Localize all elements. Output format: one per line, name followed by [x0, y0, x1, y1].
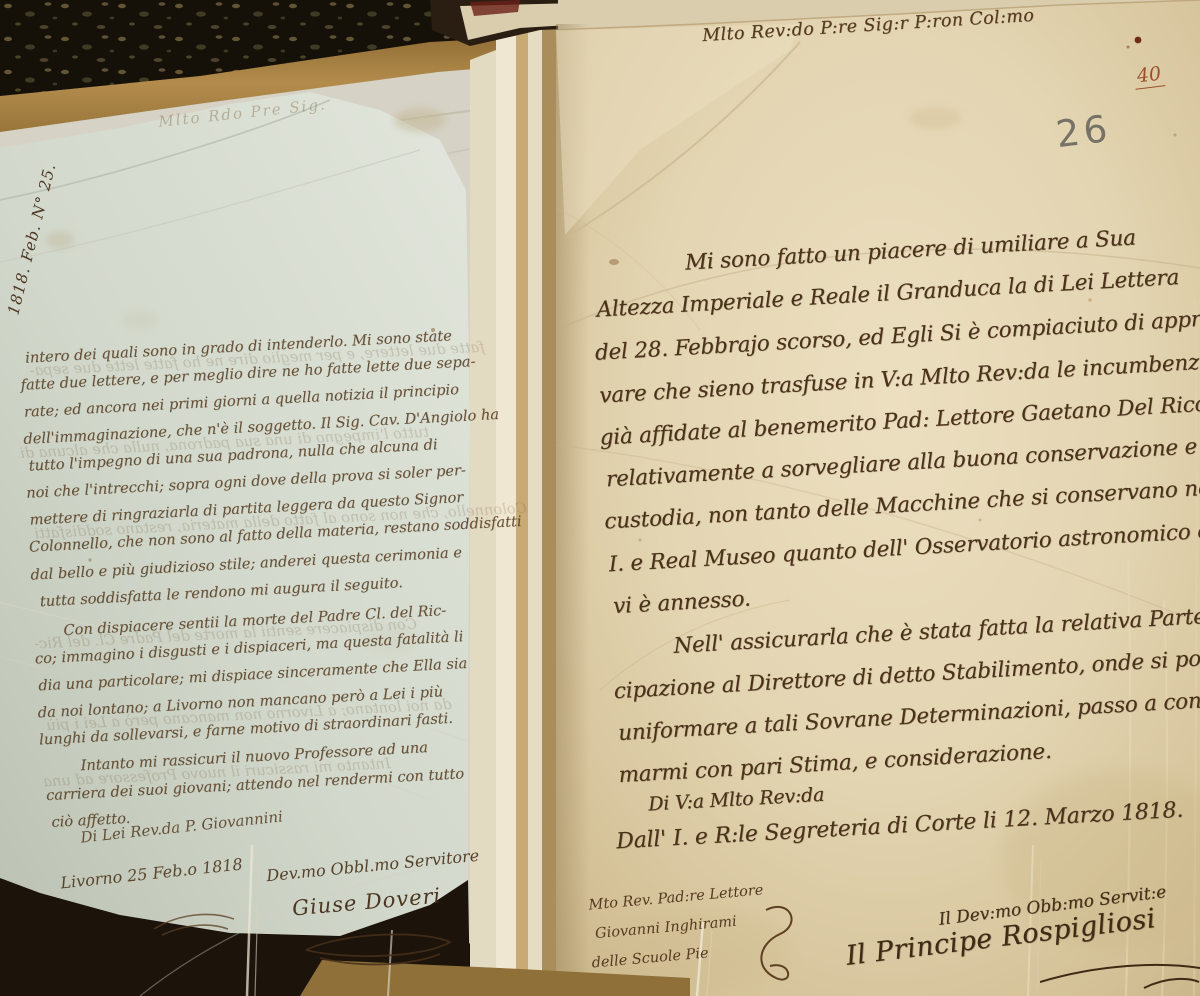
left-date-flourish	[150, 905, 240, 939]
manuscript-line: vi è annesso.	[612, 587, 751, 620]
addressee-paraph-flourish	[738, 902, 824, 996]
right-valediction: Di V:a Mlto Rev:da	[648, 784, 825, 816]
manuscript-line: Mi sono fatto un piacere di umiliare a S…	[684, 225, 1136, 275]
folio-number-pencil: 26	[1054, 107, 1114, 156]
right-page-letter-body: Mi sono fatto un piacere di umiliare a S…	[588, 194, 1200, 907]
signature-underline-flourish	[1040, 958, 1200, 996]
left-page-letter-body: intero dei quali sono in grado di intend…	[18, 311, 526, 875]
left-signature-flourish	[300, 928, 460, 970]
folio-number-ink: 40	[1133, 62, 1166, 90]
manuscript-line: marmi con pari Stima, e considerazione.	[618, 739, 1052, 788]
manuscript-photo: { "archival_note": "1818. Feb. N° 25.", …	[0, 0, 1200, 996]
